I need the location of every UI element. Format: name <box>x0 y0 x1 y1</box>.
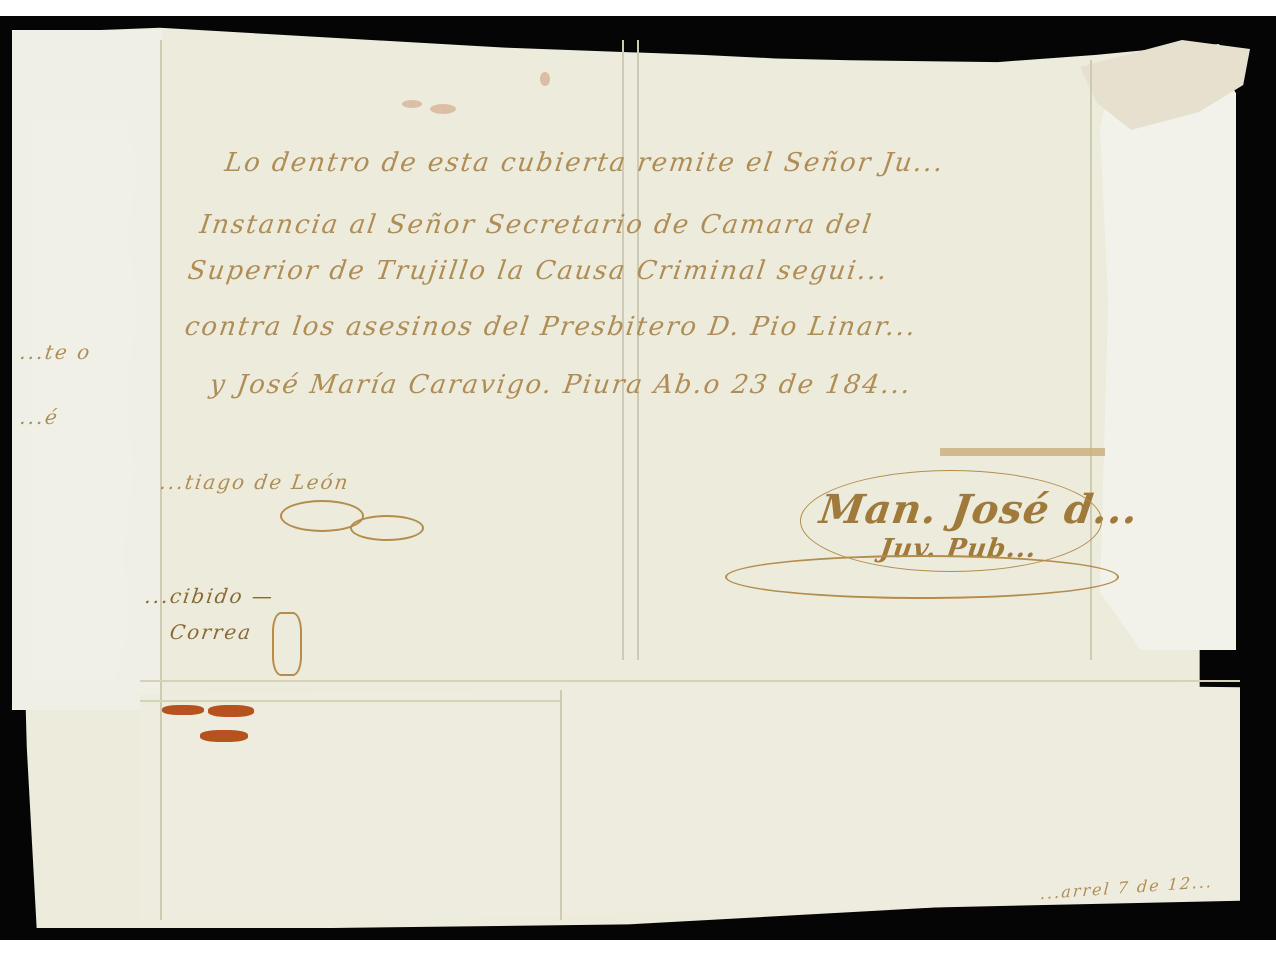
received-note-line-2: Correa <box>168 620 254 644</box>
wax-seal-remnant <box>208 705 254 717</box>
fold-line <box>637 40 639 660</box>
text-line-3: Superior de Trujillo la Causa Criminal s… <box>186 256 891 286</box>
fold-line <box>622 40 624 660</box>
foxing-stain <box>402 100 422 108</box>
signature-rubric <box>350 515 424 541</box>
foxing-stain <box>540 72 550 86</box>
left-signature: ...tiago de León <box>158 470 351 494</box>
ink-stroke <box>940 448 1105 456</box>
text-line-1: Lo dentro de esta cubierta remite el Señ… <box>223 148 947 178</box>
margin-fragment: ...te o <box>18 340 93 364</box>
received-rubric <box>272 612 302 676</box>
fold-line <box>140 700 560 702</box>
signature-flourish <box>800 470 1102 572</box>
fold-line <box>560 690 562 920</box>
margin-fragment: ...é <box>18 405 60 429</box>
text-line-4: contra los asesinos del Presbitero D. Pi… <box>183 312 919 342</box>
right-fold-flap <box>1100 70 1236 650</box>
text-line-2: Instancia al Señor Secretario de Camara … <box>198 210 875 240</box>
text-line-5: y José María Caravigo. Piura Ab.o 23 de … <box>208 370 914 400</box>
foxing-stain <box>430 104 456 114</box>
wax-seal-remnant <box>162 705 204 715</box>
received-note-line-1: ...cibido — <box>143 584 275 608</box>
fold-line <box>140 680 1240 682</box>
wax-seal-remnant <box>200 730 248 742</box>
